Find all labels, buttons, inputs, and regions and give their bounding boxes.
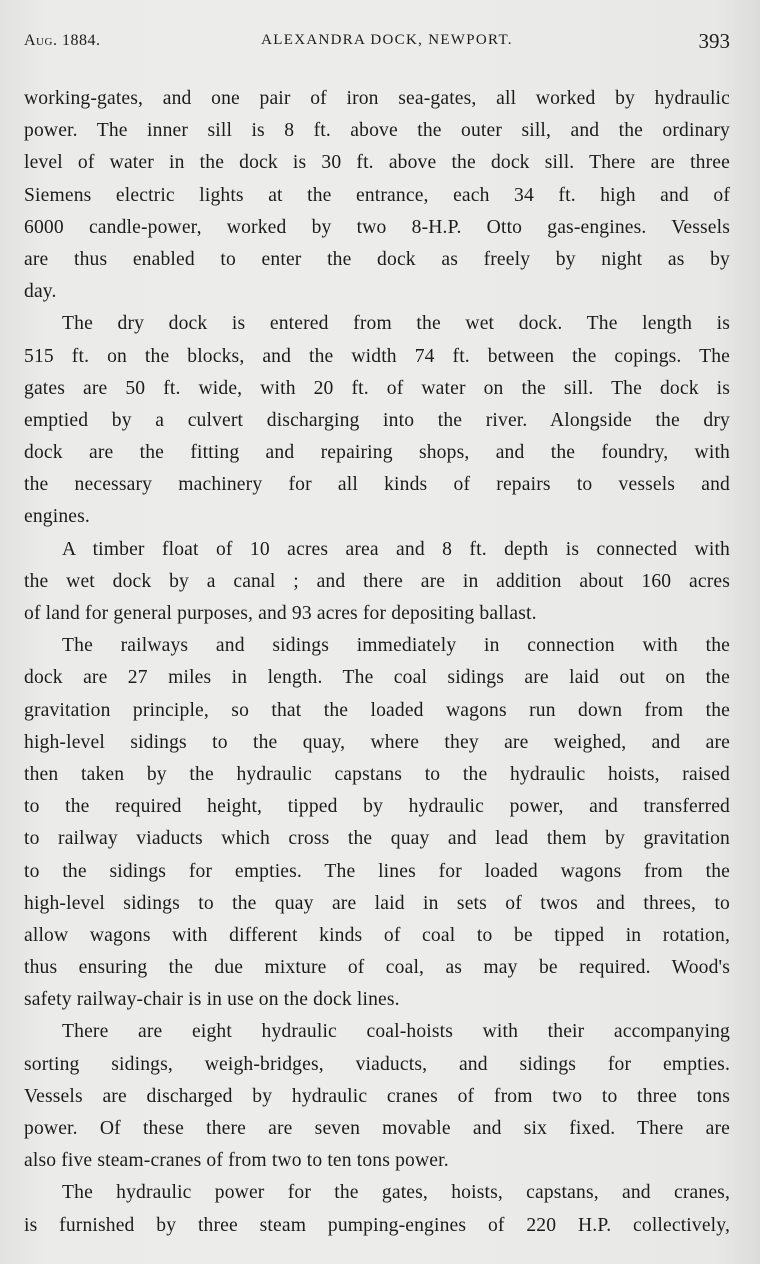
paragraph-timber-float: A timber float of 10 acres area and 8 ft… — [24, 534, 730, 631]
text-line: Vessels are discharged by hydraulic cran… — [24, 1081, 730, 1113]
paragraph-railways: The railways and sidings immediately in … — [24, 630, 730, 1016]
running-head-title: ALEXANDRA DOCK, NEWPORT. — [24, 32, 730, 49]
paragraph-hydraulic-power: The hydraulic power for the gates, hoist… — [24, 1177, 730, 1241]
text-line: working-gates, and one pair of iron sea-… — [24, 83, 730, 115]
text-line: high-level sidings to the quay, where th… — [24, 727, 730, 759]
paragraph-coal-hoists: There are eight hydraulic coal-hoists wi… — [24, 1016, 730, 1177]
text-line: the wet dock by a canal ; and there are … — [24, 566, 730, 598]
text-line: The hydraulic power for the gates, hoist… — [24, 1177, 730, 1209]
text-line: allow wagons with different kinds of coa… — [24, 920, 730, 952]
page-number: 393 — [699, 29, 731, 54]
text-line: to the sidings for empties. The lines fo… — [24, 856, 730, 888]
text-line: power. The inner sill is 8 ft. above the… — [24, 115, 730, 147]
running-head: Aug. 1884. ALEXANDRA DOCK, NEWPORT. 393 — [24, 30, 730, 54]
text-line: level of water in the dock is 30 ft. abo… — [24, 147, 730, 179]
text-line: to the required height, tipped by hydrau… — [24, 791, 730, 823]
text-line: Siemens electric lights at the entrance,… — [24, 180, 730, 212]
text-line: power. Of these there are seven movable … — [24, 1113, 730, 1145]
text-line: A timber float of 10 acres area and 8 ft… — [24, 534, 730, 566]
text-line: thus ensuring the due mixture of coal, a… — [24, 952, 730, 984]
text-line: is furnished by three steam pumping-engi… — [24, 1210, 730, 1242]
text-line: of land for general purposes, and 93 acr… — [24, 598, 730, 630]
paragraph-dry-dock: The dry dock is entered from the wet doc… — [24, 308, 730, 533]
text-line: to railway viaducts which cross the quay… — [24, 823, 730, 855]
text-line: also five steam-cranes of from two to te… — [24, 1145, 730, 1177]
text-line: high-level sidings to the quay are laid … — [24, 888, 730, 920]
text-line: gates are 50 ft. wide, with 20 ft. of wa… — [24, 373, 730, 405]
text-line: The railways and sidings immediately in … — [24, 630, 730, 662]
text-line: then taken by the hydraulic capstans to … — [24, 759, 730, 791]
text-line: safety railway-chair is in use on the do… — [24, 984, 730, 1016]
text-line: gravitation principle, so that the loade… — [24, 695, 730, 727]
paragraph-gates-and-lights: working-gates, and one pair of iron sea-… — [24, 83, 730, 308]
text-line: day. — [24, 276, 730, 308]
text-line: engines. — [24, 501, 730, 533]
text-line: 515 ft. on the blocks, and the width 74 … — [24, 341, 730, 373]
text-line: the necessary machinery for all kinds of… — [24, 469, 730, 501]
text-line: emptied by a culvert discharging into th… — [24, 405, 730, 437]
text-line: dock are 27 miles in length. The coal si… — [24, 662, 730, 694]
body-text: working-gates, and one pair of iron sea-… — [24, 83, 730, 1242]
text-line: dock are the fitting and repairing shops… — [24, 437, 730, 469]
text-line: 6000 candle-power, worked by two 8-H.P. … — [24, 212, 730, 244]
text-line: The dry dock is entered from the wet doc… — [24, 308, 730, 340]
text-line: are thus enabled to enter the dock as fr… — [24, 244, 730, 276]
text-line: sorting sidings, weigh-bridges, viaducts… — [24, 1049, 730, 1081]
text-line: There are eight hydraulic coal-hoists wi… — [24, 1016, 730, 1048]
